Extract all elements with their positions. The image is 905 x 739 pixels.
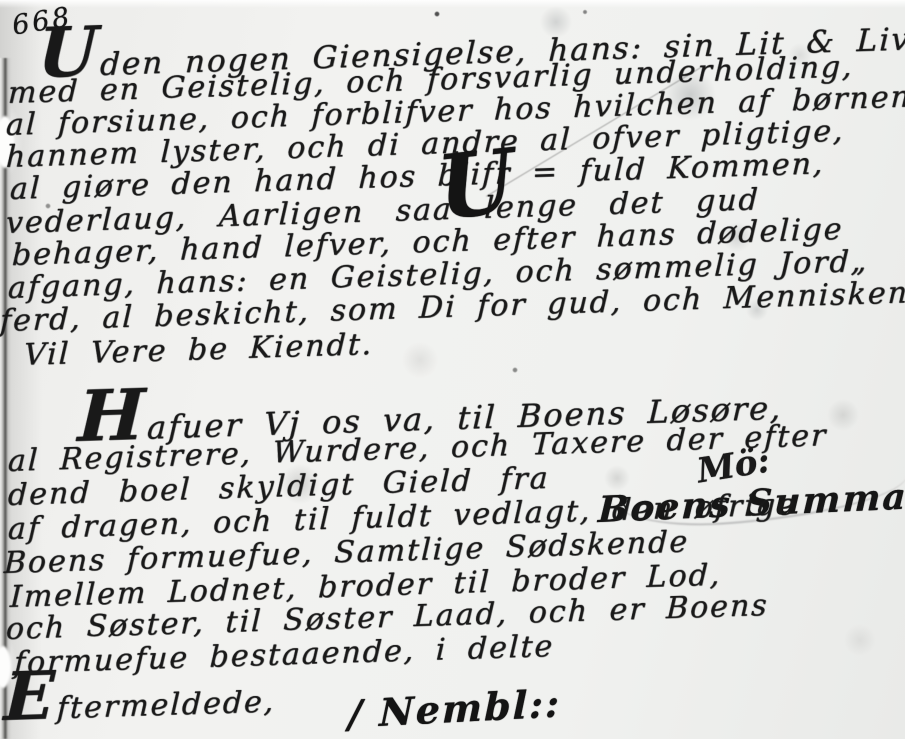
manuscript-line-19: Eftermeldede, [3,665,277,728]
manuscript-page: 668 Uden nogen Giensigelse, hans: sin Li… [0,0,905,739]
signoff-nemblig: / Nembl:: [348,680,562,736]
large-flourish-glyph: U [434,136,520,232]
